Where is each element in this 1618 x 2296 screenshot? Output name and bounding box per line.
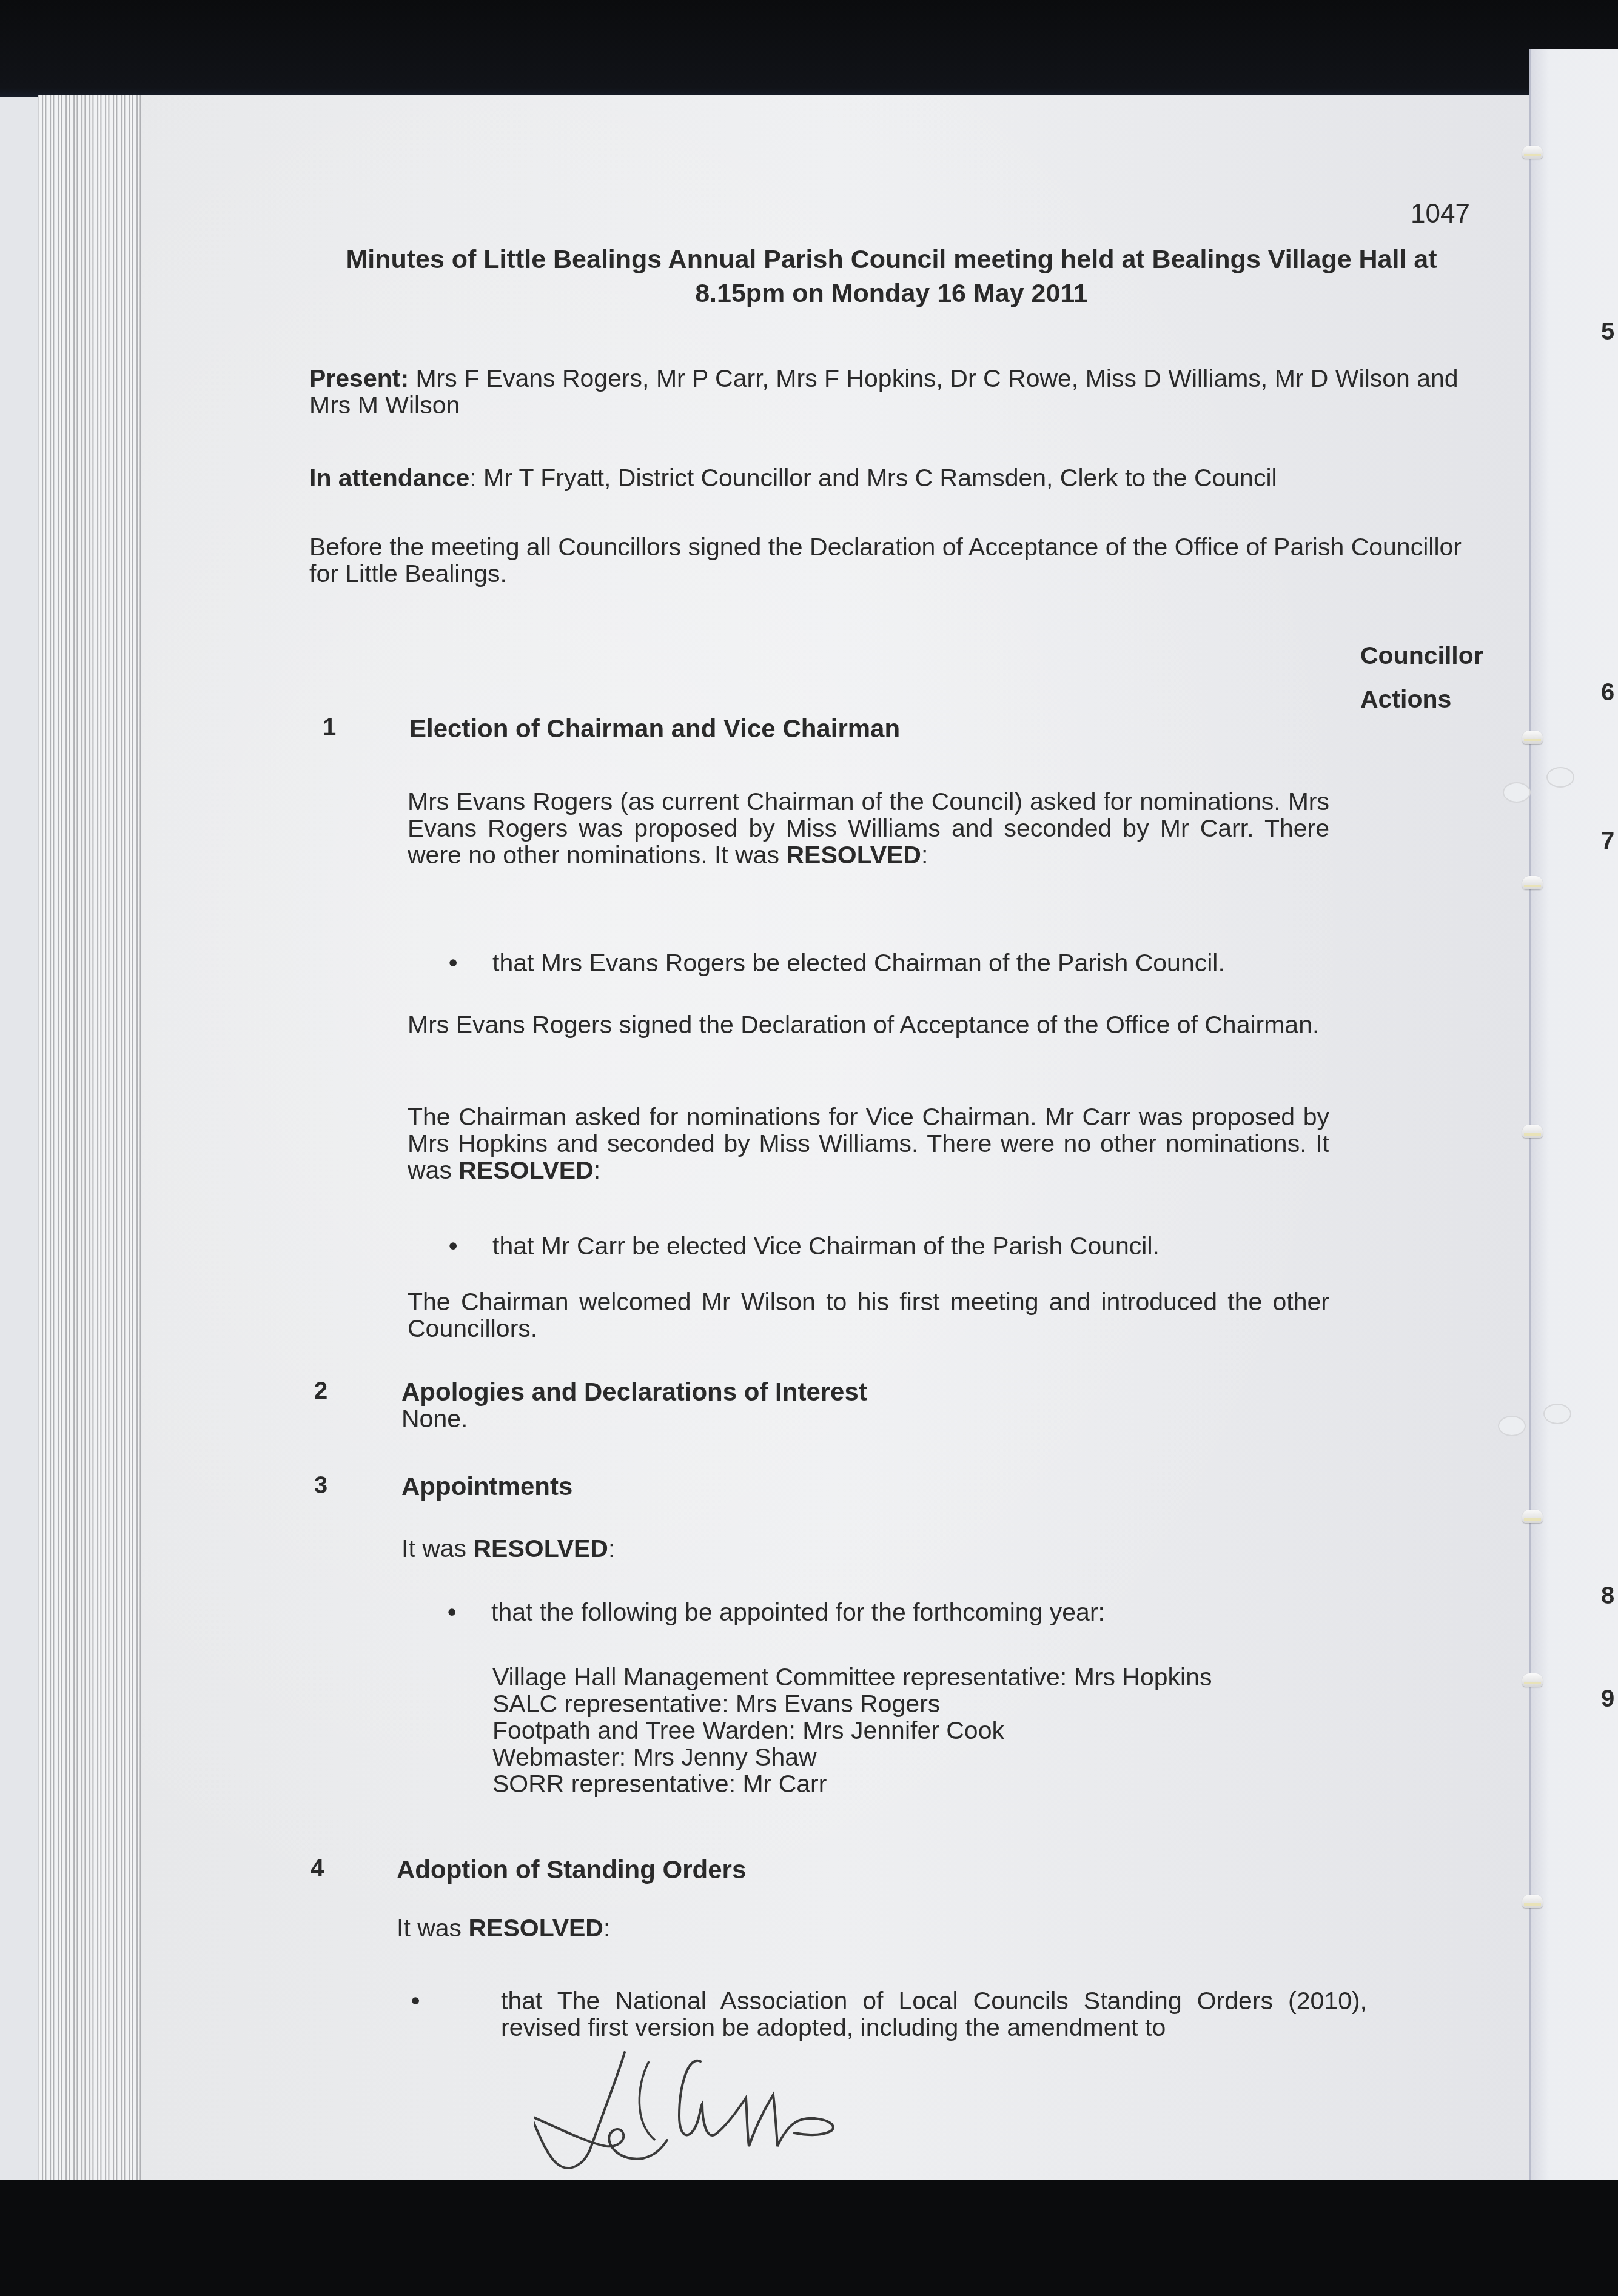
bullet-icon: • bbox=[449, 949, 492, 977]
page-title: Minutes of Little Bealings Annual Parish… bbox=[303, 243, 1480, 310]
appointment-item: Webmaster: Mrs Jenny Shaw bbox=[492, 1744, 1341, 1770]
resolution-bullet: •that Mrs Evans Rogers be elected Chairm… bbox=[449, 949, 1225, 977]
in-attendance-label: In attendance bbox=[309, 464, 469, 492]
intro-text: It was bbox=[397, 1914, 468, 1942]
section-number: 3 bbox=[314, 1472, 327, 1499]
present-names: Mrs F Evans Rogers, Mr P Carr, Mrs F Hop… bbox=[309, 364, 1459, 419]
page-number: 1047 bbox=[1411, 199, 1470, 229]
resolved-label: RESOLVED bbox=[786, 841, 921, 869]
present-list: Present: Mrs F Evans Rogers, Mr P Carr, … bbox=[309, 365, 1474, 418]
section-1-paragraph: The Chairman welcomed Mr Wilson to his f… bbox=[408, 1288, 1329, 1342]
resolution-text: that the following be appointed for the … bbox=[491, 1598, 1105, 1626]
councillor-actions-heading: Councillor Actions bbox=[1360, 634, 1482, 721]
resolution-bullet: •that Mr Carr be elected Vice Chairman o… bbox=[449, 1232, 1160, 1260]
bullet-icon: • bbox=[448, 1598, 491, 1627]
resolution-text: that Mr Carr be elected Vice Chairman of… bbox=[492, 1232, 1160, 1260]
section-heading: Election of Chairman and Vice Chairman bbox=[409, 714, 900, 743]
resolution-bullet: •that The National Association of Local … bbox=[456, 1987, 1367, 2041]
signature bbox=[534, 2049, 1031, 2189]
preamble-paragraph: Before the meeting all Councillors signe… bbox=[309, 534, 1486, 587]
section-3-intro: It was RESOLVED: bbox=[401, 1535, 615, 1562]
appointment-item: Village Hall Management Committee repres… bbox=[492, 1664, 1341, 1690]
in-attendance-names: : Mr T Fryatt, District Councillor and M… bbox=[469, 464, 1277, 492]
resolved-label: RESOLVED bbox=[473, 1535, 608, 1562]
bullet-icon: • bbox=[449, 1232, 492, 1260]
in-attendance: In attendance: Mr T Fryatt, District Cou… bbox=[309, 464, 1480, 491]
section-number: 4 bbox=[311, 1855, 324, 1883]
section-4-intro: It was RESOLVED: bbox=[397, 1915, 610, 1941]
section-1-paragraph: Mrs Evans Rogers (as current Chairman of… bbox=[408, 788, 1329, 868]
section-number: 1 bbox=[323, 714, 336, 741]
section-1-paragraph: The Chairman asked for nominations for V… bbox=[408, 1103, 1329, 1183]
section-number: 2 bbox=[314, 1377, 327, 1405]
resolved-label: RESOLVED bbox=[458, 1156, 594, 1184]
section-heading: Apologies and Declarations of Interest bbox=[401, 1377, 867, 1407]
appointment-item: Footpath and Tree Warden: Mrs Jennifer C… bbox=[492, 1717, 1341, 1744]
section-heading: Adoption of Standing Orders bbox=[397, 1855, 746, 1884]
resolution-text: that Mrs Evans Rogers be elected Chairma… bbox=[492, 949, 1225, 977]
present-label: Present: bbox=[309, 364, 409, 392]
intro-text: It was bbox=[401, 1535, 473, 1562]
section-heading: Appointments bbox=[401, 1472, 572, 1501]
appointment-item: SORR representative: Mr Carr bbox=[492, 1770, 1341, 1797]
section-2-body: None. bbox=[401, 1405, 468, 1432]
appointment-item: SALC representative: Mrs Evans Rogers bbox=[492, 1690, 1341, 1717]
resolution-bullet: •that the following be appointed for the… bbox=[448, 1598, 1105, 1627]
appointments-list: Village Hall Management Committee repres… bbox=[492, 1664, 1341, 1797]
resolution-text: that The National Association of Local C… bbox=[501, 1987, 1367, 2041]
bullet-icon: • bbox=[456, 1987, 501, 2014]
resolved-label: RESOLVED bbox=[468, 1914, 603, 1942]
section-1-paragraph: Mrs Evans Rogers signed the Declaration … bbox=[408, 1011, 1329, 1038]
